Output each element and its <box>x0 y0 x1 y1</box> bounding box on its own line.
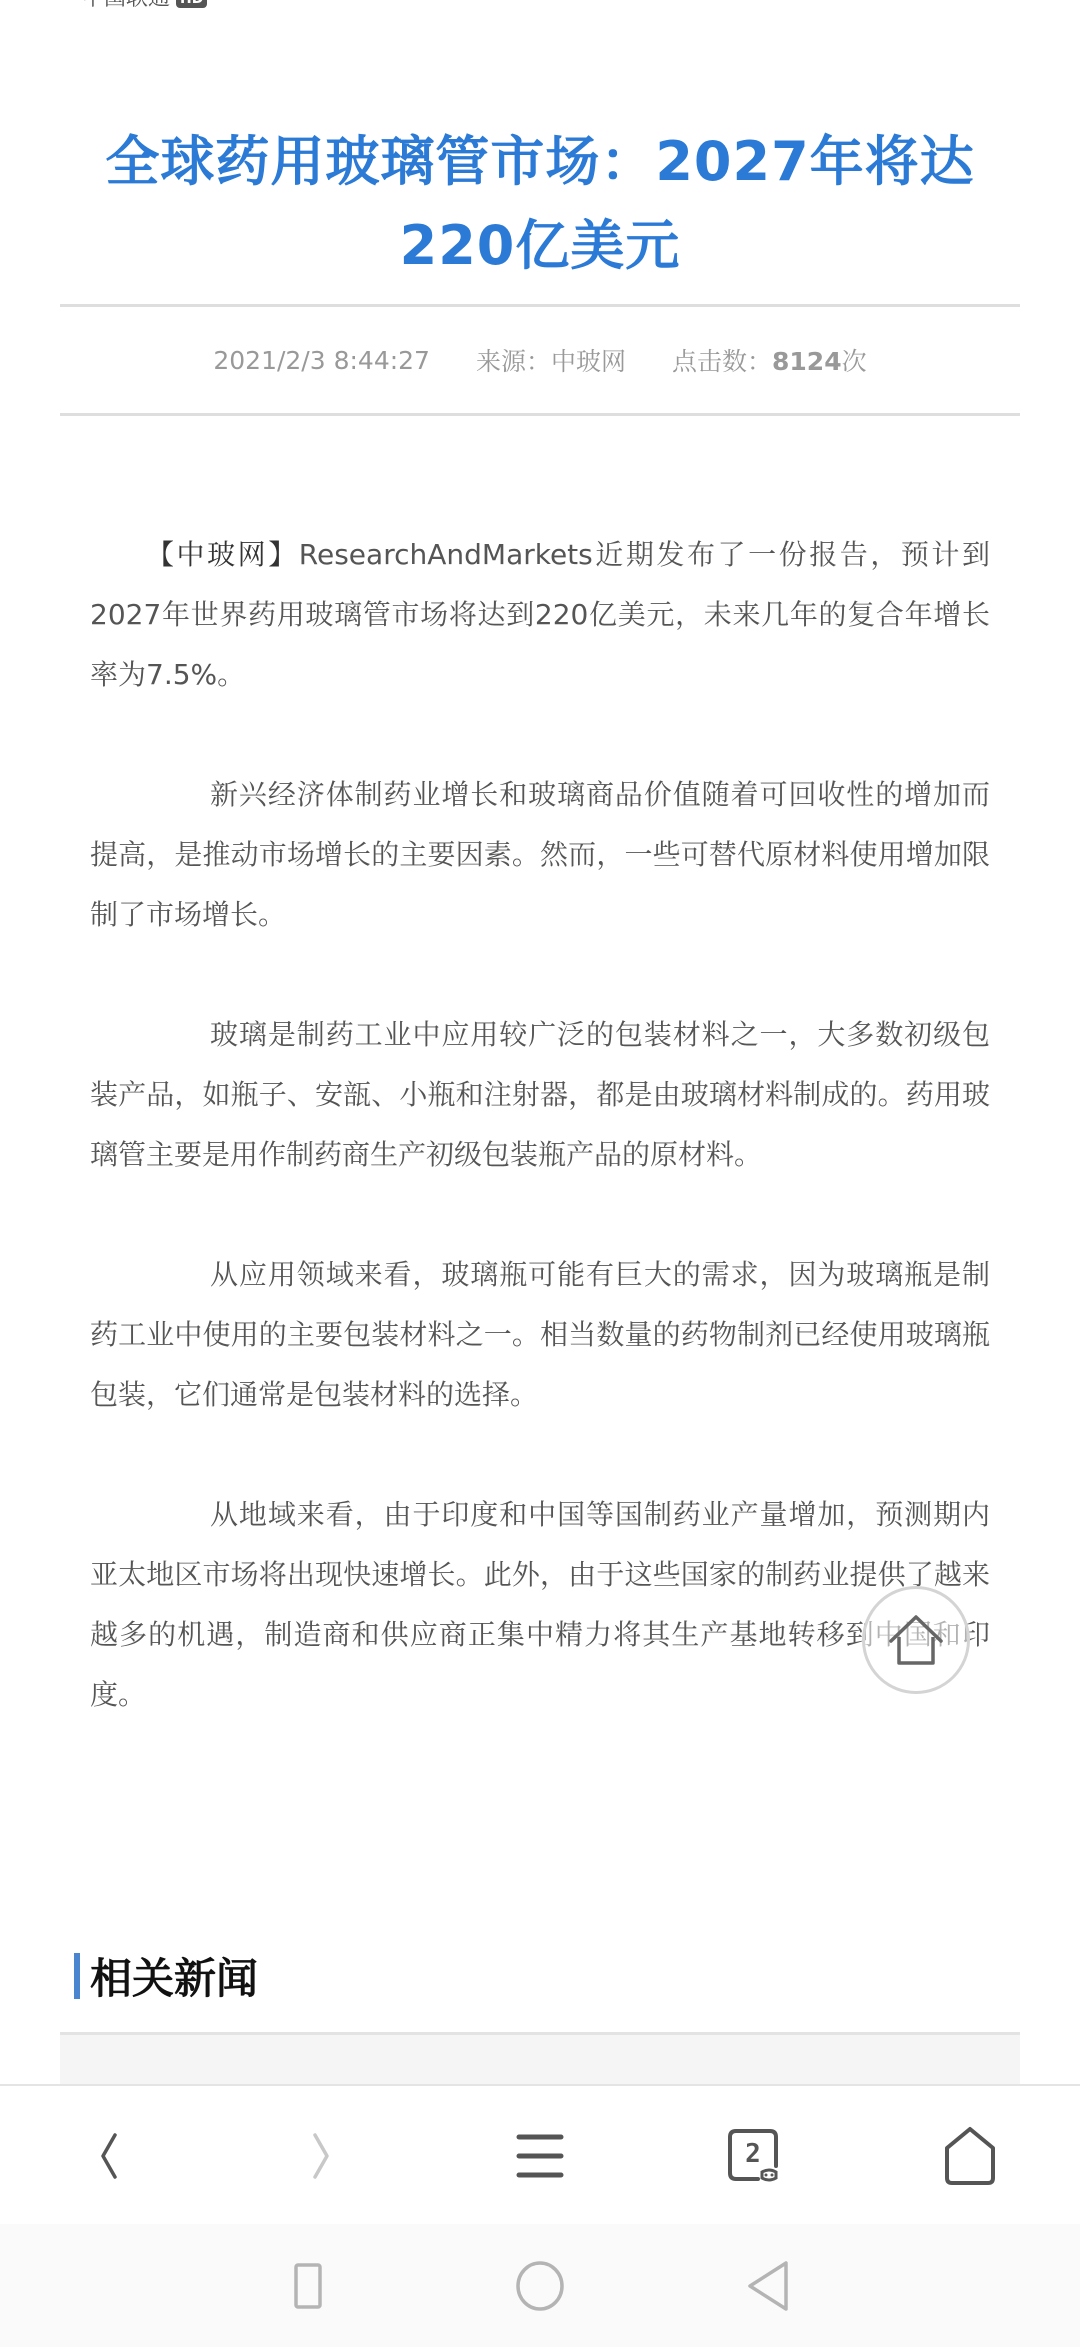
click-count: 点击数：8124次 <box>672 342 867 378</box>
article-header: 全球药用玻璃管市场：2027年将达220亿美元 2021/2/3 8:44:27… <box>60 120 1020 416</box>
home-icon <box>940 2126 1000 2186</box>
source-value: 中玻网 <box>551 347 626 376</box>
publish-datetime: 2021/2/3 8:44:27 <box>213 346 430 375</box>
article-title: 全球药用玻璃管市场：2027年将达220亿美元 <box>60 120 1020 288</box>
chevron-right-icon <box>307 2131 337 2181</box>
tabs-icon: 2 <box>726 2128 782 2184</box>
paragraph: 【中玻网】ResearchAndMarkets近期发布了一份报告，预计到2027… <box>90 525 990 705</box>
status-bar: 中国联通 HD <box>0 0 1080 14</box>
browser-toolbar: 2 <box>0 2084 1080 2224</box>
circle-icon <box>515 2259 565 2313</box>
hamburger-menu-icon <box>515 2131 565 2181</box>
accent-bar <box>74 1953 80 1999</box>
system-home-button[interactable] <box>490 2224 590 2347</box>
chevron-left-icon <box>93 2131 123 2181</box>
source-label: 来源： <box>476 347 551 376</box>
hd-badge: HD <box>176 0 207 8</box>
menu-button[interactable] <box>480 2086 600 2226</box>
tabs-count: 2 <box>726 2128 780 2180</box>
clicks-suffix: 次 <box>842 347 867 376</box>
article-body: 【中玻网】ResearchAndMarkets近期发布了一份报告，预计到2027… <box>90 525 990 1785</box>
clicks-label: 点击数： <box>672 347 772 376</box>
divider <box>60 413 1020 416</box>
related-news-header: 相关新闻 <box>60 1940 1020 2012</box>
paragraph: 从应用领域来看，玻璃瓶可能有巨大的需求，因为玻璃瓶是制药工业中使用的主要包装材料… <box>90 1245 990 1425</box>
carrier-name: 中国联通 <box>82 0 170 12</box>
back-button[interactable] <box>48 2086 168 2226</box>
house-up-icon <box>887 1613 945 1667</box>
article-source: 来源：中玻网 <box>476 342 626 378</box>
forward-button[interactable] <box>262 2086 382 2226</box>
paragraph: 新兴经济体制药业增长和玻璃商品价值随着可回收性的增加而提高，是推动市场增长的主要… <box>90 765 990 945</box>
system-back-button[interactable] <box>718 2224 818 2347</box>
triangle-back-icon <box>746 2259 790 2313</box>
source-tag: 【中玻网】 <box>146 538 299 571</box>
tabs-button[interactable]: 2 <box>694 2086 814 2226</box>
home-button[interactable] <box>910 2086 1030 2226</box>
scroll-to-top-button[interactable] <box>862 1586 970 1694</box>
recent-apps-button[interactable] <box>258 2224 358 2347</box>
paragraph: 从地域来看，由于印度和中国等国制药业产量增加，预测期内亚太地区市场将出现快速增长… <box>90 1485 990 1725</box>
related-news-title: 相关新闻 <box>90 1946 258 2006</box>
clicks-value: 8124 <box>772 347 842 376</box>
system-navigation-bar <box>0 2224 1080 2347</box>
article-meta: 2021/2/3 8:44:27 来源：中玻网 点击数：8124次 <box>60 307 1020 413</box>
paragraph: 玻璃是制药工业中应用较广泛的包装材料之一，大多数初级包装产品，如瓶子、安瓿、小瓶… <box>90 1005 990 1185</box>
square-icon <box>293 2262 323 2310</box>
carrier-info: 中国联通 HD <box>82 0 207 12</box>
